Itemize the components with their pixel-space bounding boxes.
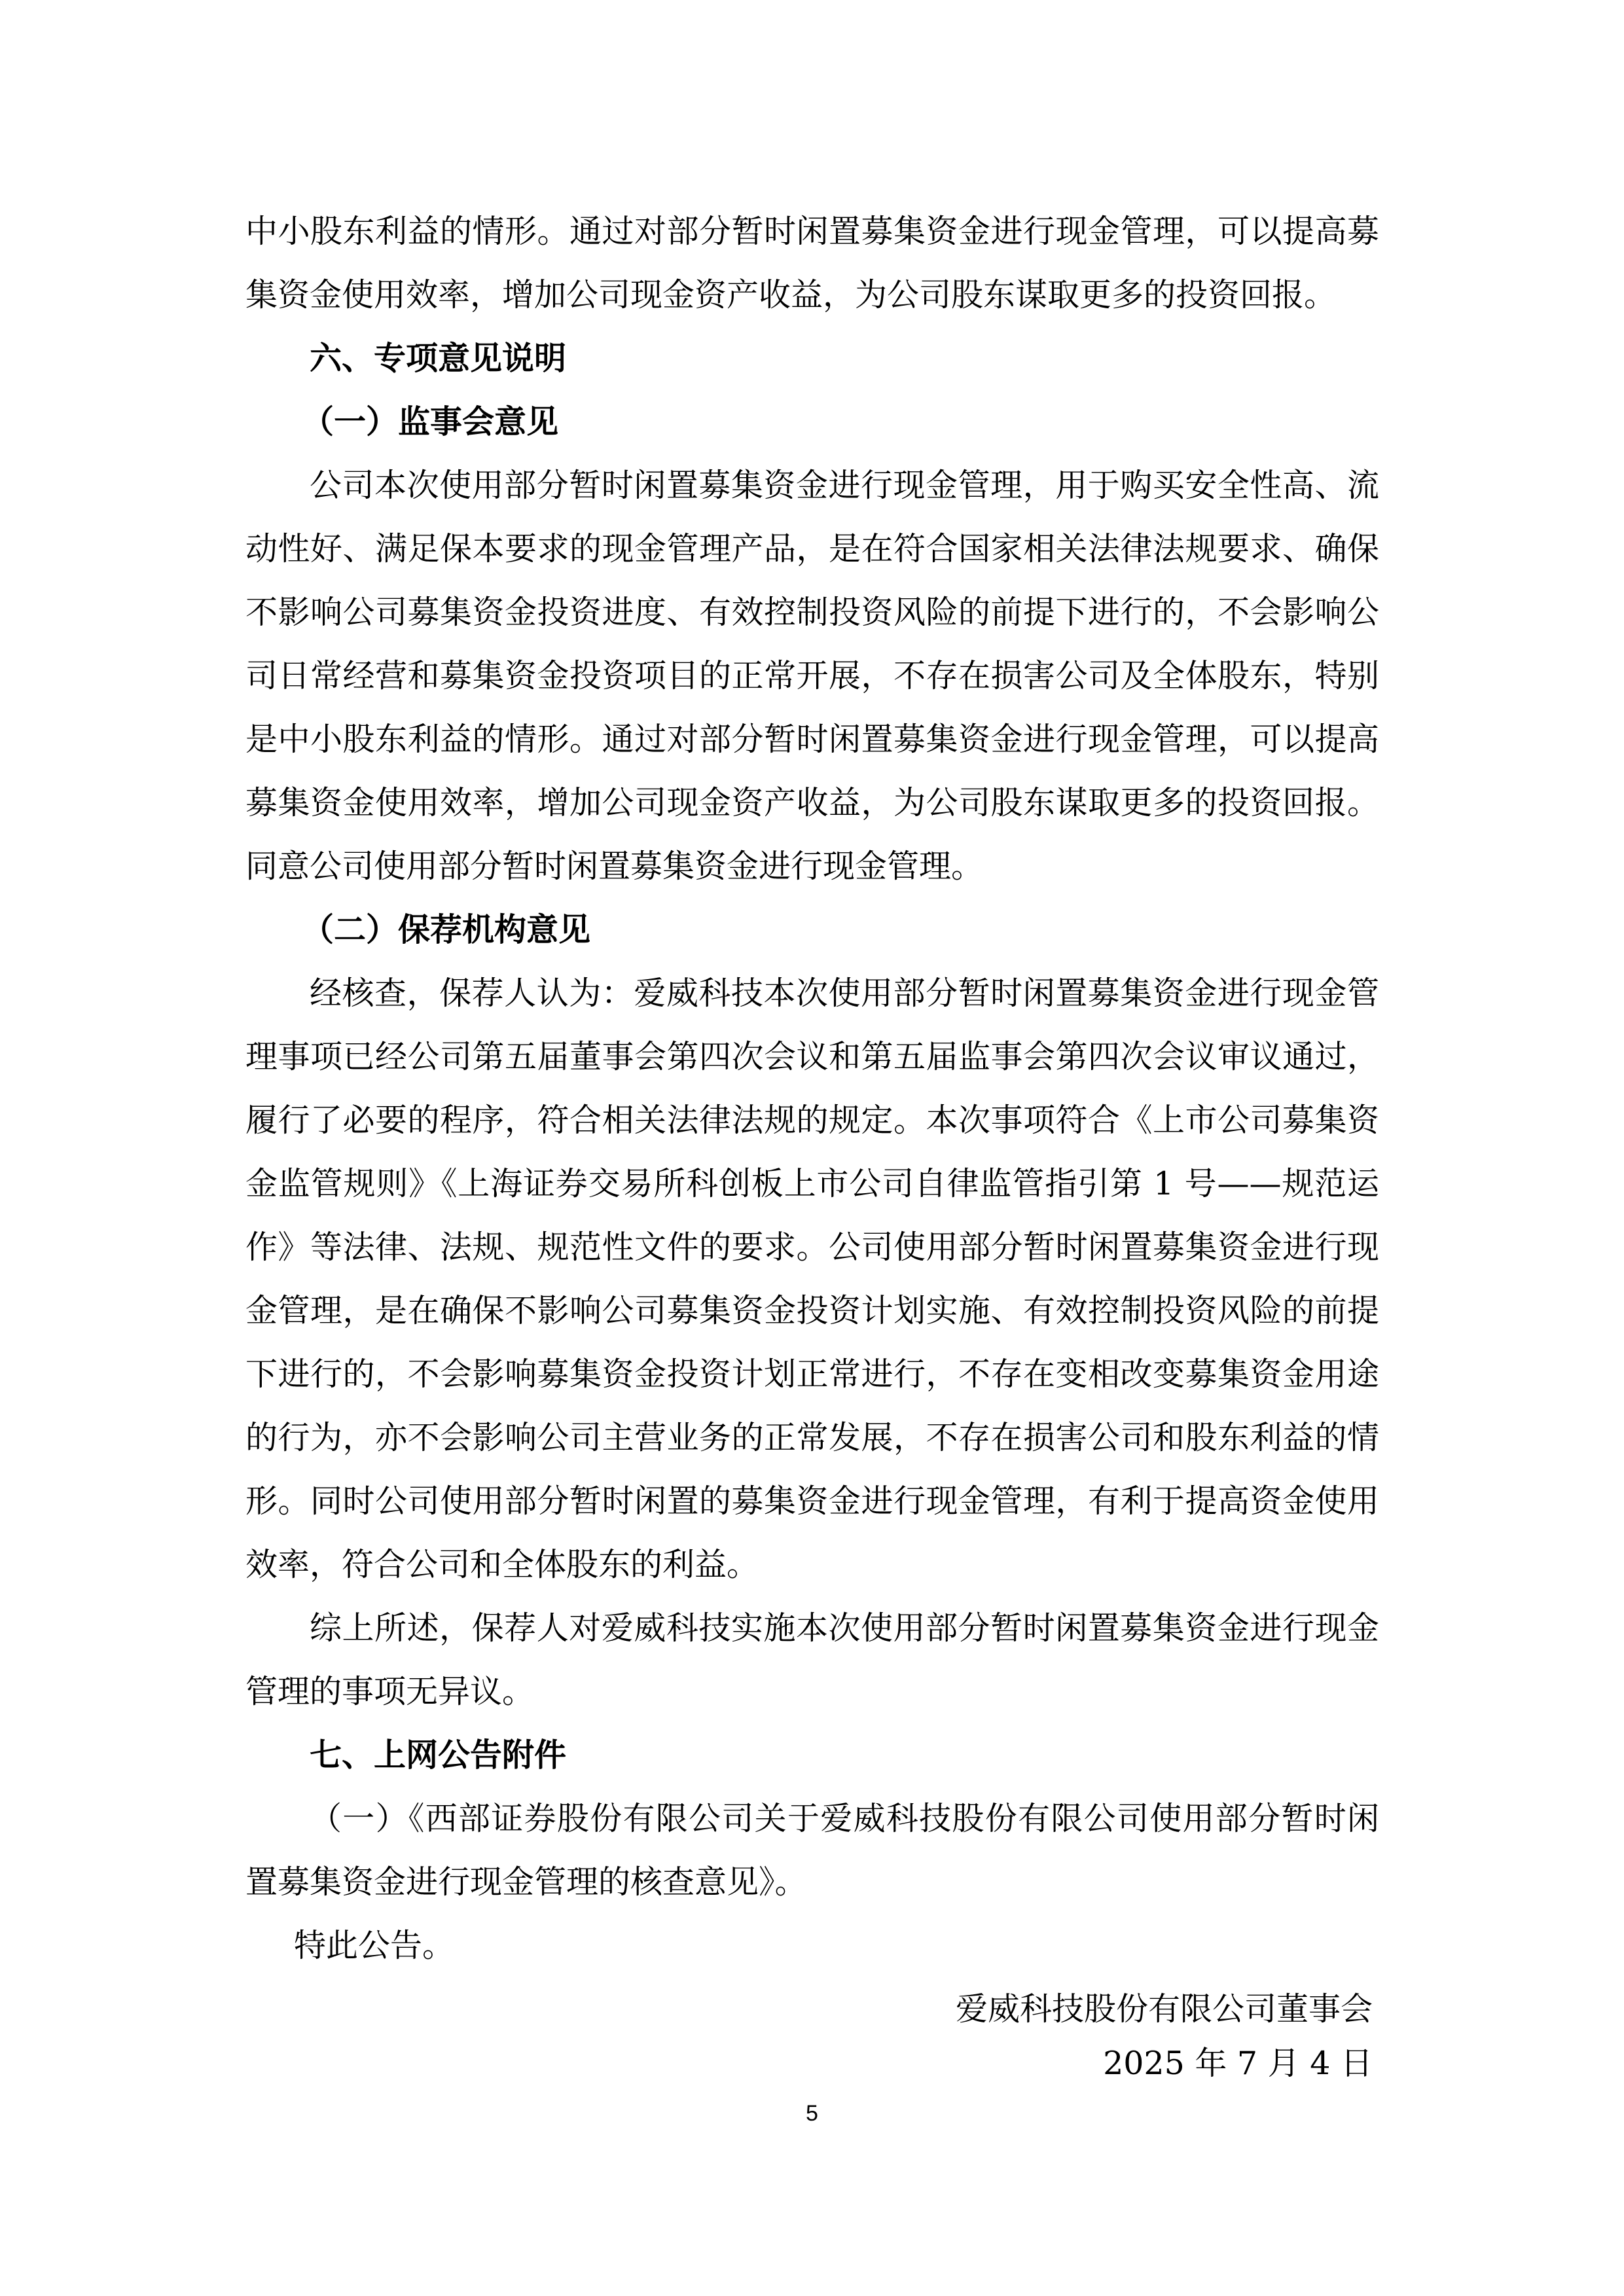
page-number: 5 — [0, 2101, 1624, 2126]
signature-date: 2025 年 7 月 4 日 — [245, 2032, 1379, 2095]
supervisory-board-opinion-paragraph: 公司本次使用部分暂时闲置募集资金进行现金管理，用于购买安全性高、流动性好、满足保… — [245, 454, 1379, 898]
attachment-item: （一）《西部证券股份有限公司关于爱威科技股份有限公司使用部分暂时闲置募集资金进行… — [245, 1787, 1379, 1914]
closing-remark: 特此公告。 — [245, 1914, 1379, 1977]
section-6-2-heading: （二）保荐机构意见 — [245, 898, 1379, 961]
section-6-1-heading: （一）监事会意见 — [245, 390, 1379, 454]
document-page: 中小股东利益的情形。通过对部分暂时闲置募集资金进行现金管理，可以提高募集资金使用… — [245, 200, 1379, 2095]
sponsor-conclusion-paragraph: 综上所述，保荐人对爱威科技实施本次使用部分暂时闲置募集资金进行现金管理的事项无异… — [245, 1596, 1379, 1723]
section-6-heading: 六、专项意见说明 — [245, 327, 1379, 390]
sponsor-opinion-paragraph: 经核查，保荐人认为：爱威科技本次使用部分暂时闲置募集资金进行现金管理事项已经公司… — [245, 961, 1379, 1596]
continuation-paragraph: 中小股东利益的情形。通过对部分暂时闲置募集资金进行现金管理，可以提高募集资金使用… — [245, 200, 1379, 327]
section-7-heading: 七、上网公告附件 — [245, 1723, 1379, 1787]
